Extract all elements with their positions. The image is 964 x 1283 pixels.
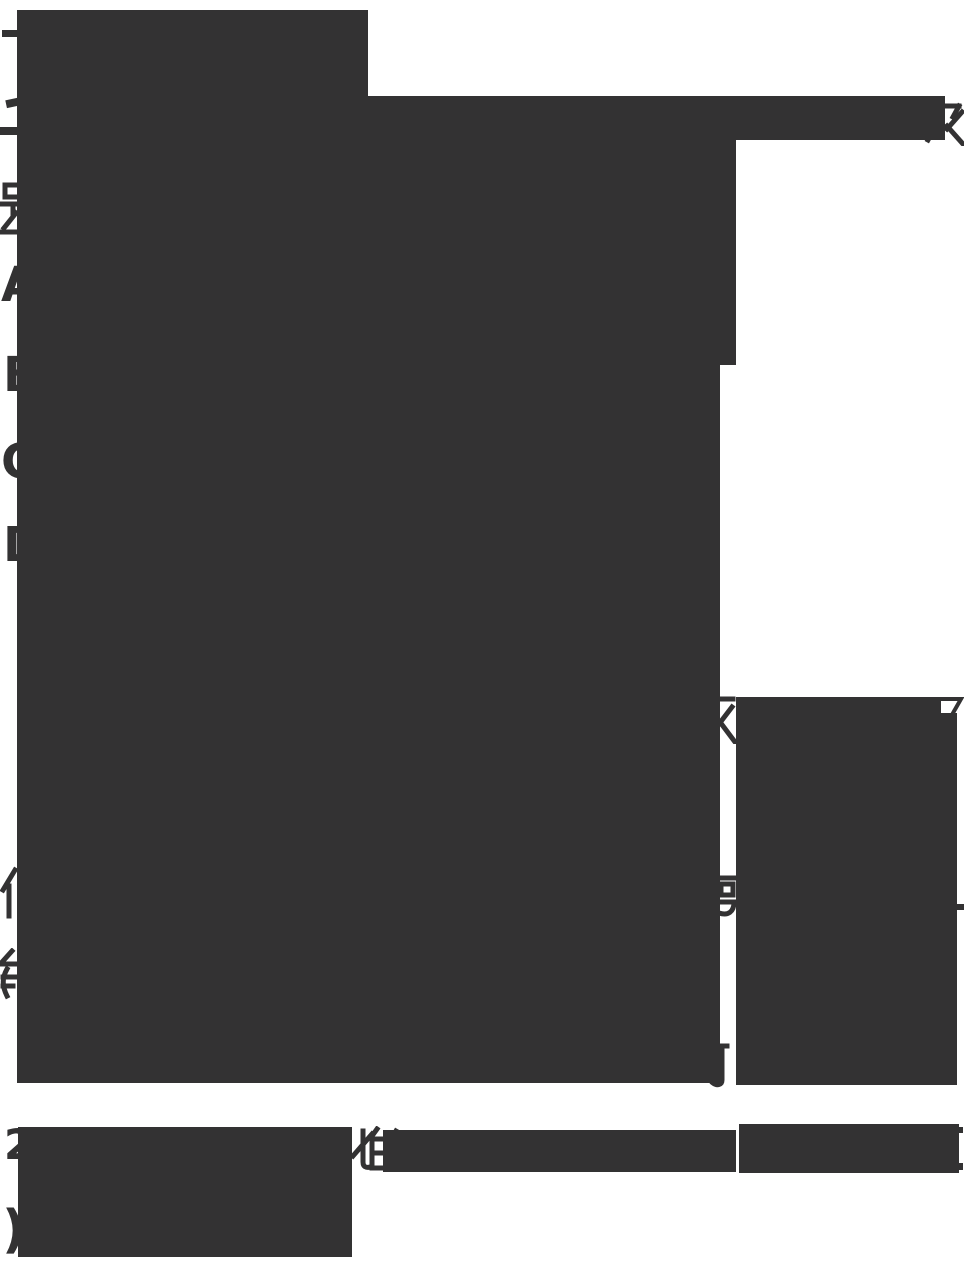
redaction-block-question-line <box>17 96 945 140</box>
redaction-block-body-upper <box>17 140 736 365</box>
redaction-block-bottom-left <box>18 1127 352 1257</box>
stroke-stub-right-edge <box>957 904 964 910</box>
redacted-document-page: A B C D <box>0 0 964 1283</box>
redaction-block-title-line <box>17 10 368 96</box>
stroke-stub-top-3 <box>0 127 17 135</box>
redaction-block-bottom-middle <box>383 1130 736 1172</box>
redaction-block-body-main <box>17 365 720 1083</box>
redaction-block-right-column <box>736 713 957 1085</box>
stroke-stub-bottom-right-2 <box>959 1163 963 1170</box>
stroke-stub-bottom-right-1 <box>959 1127 963 1133</box>
redaction-block-bottom-right <box>739 1124 959 1173</box>
redaction-block-right-notch <box>736 697 941 713</box>
stroke-stub-top-1 <box>2 30 17 37</box>
